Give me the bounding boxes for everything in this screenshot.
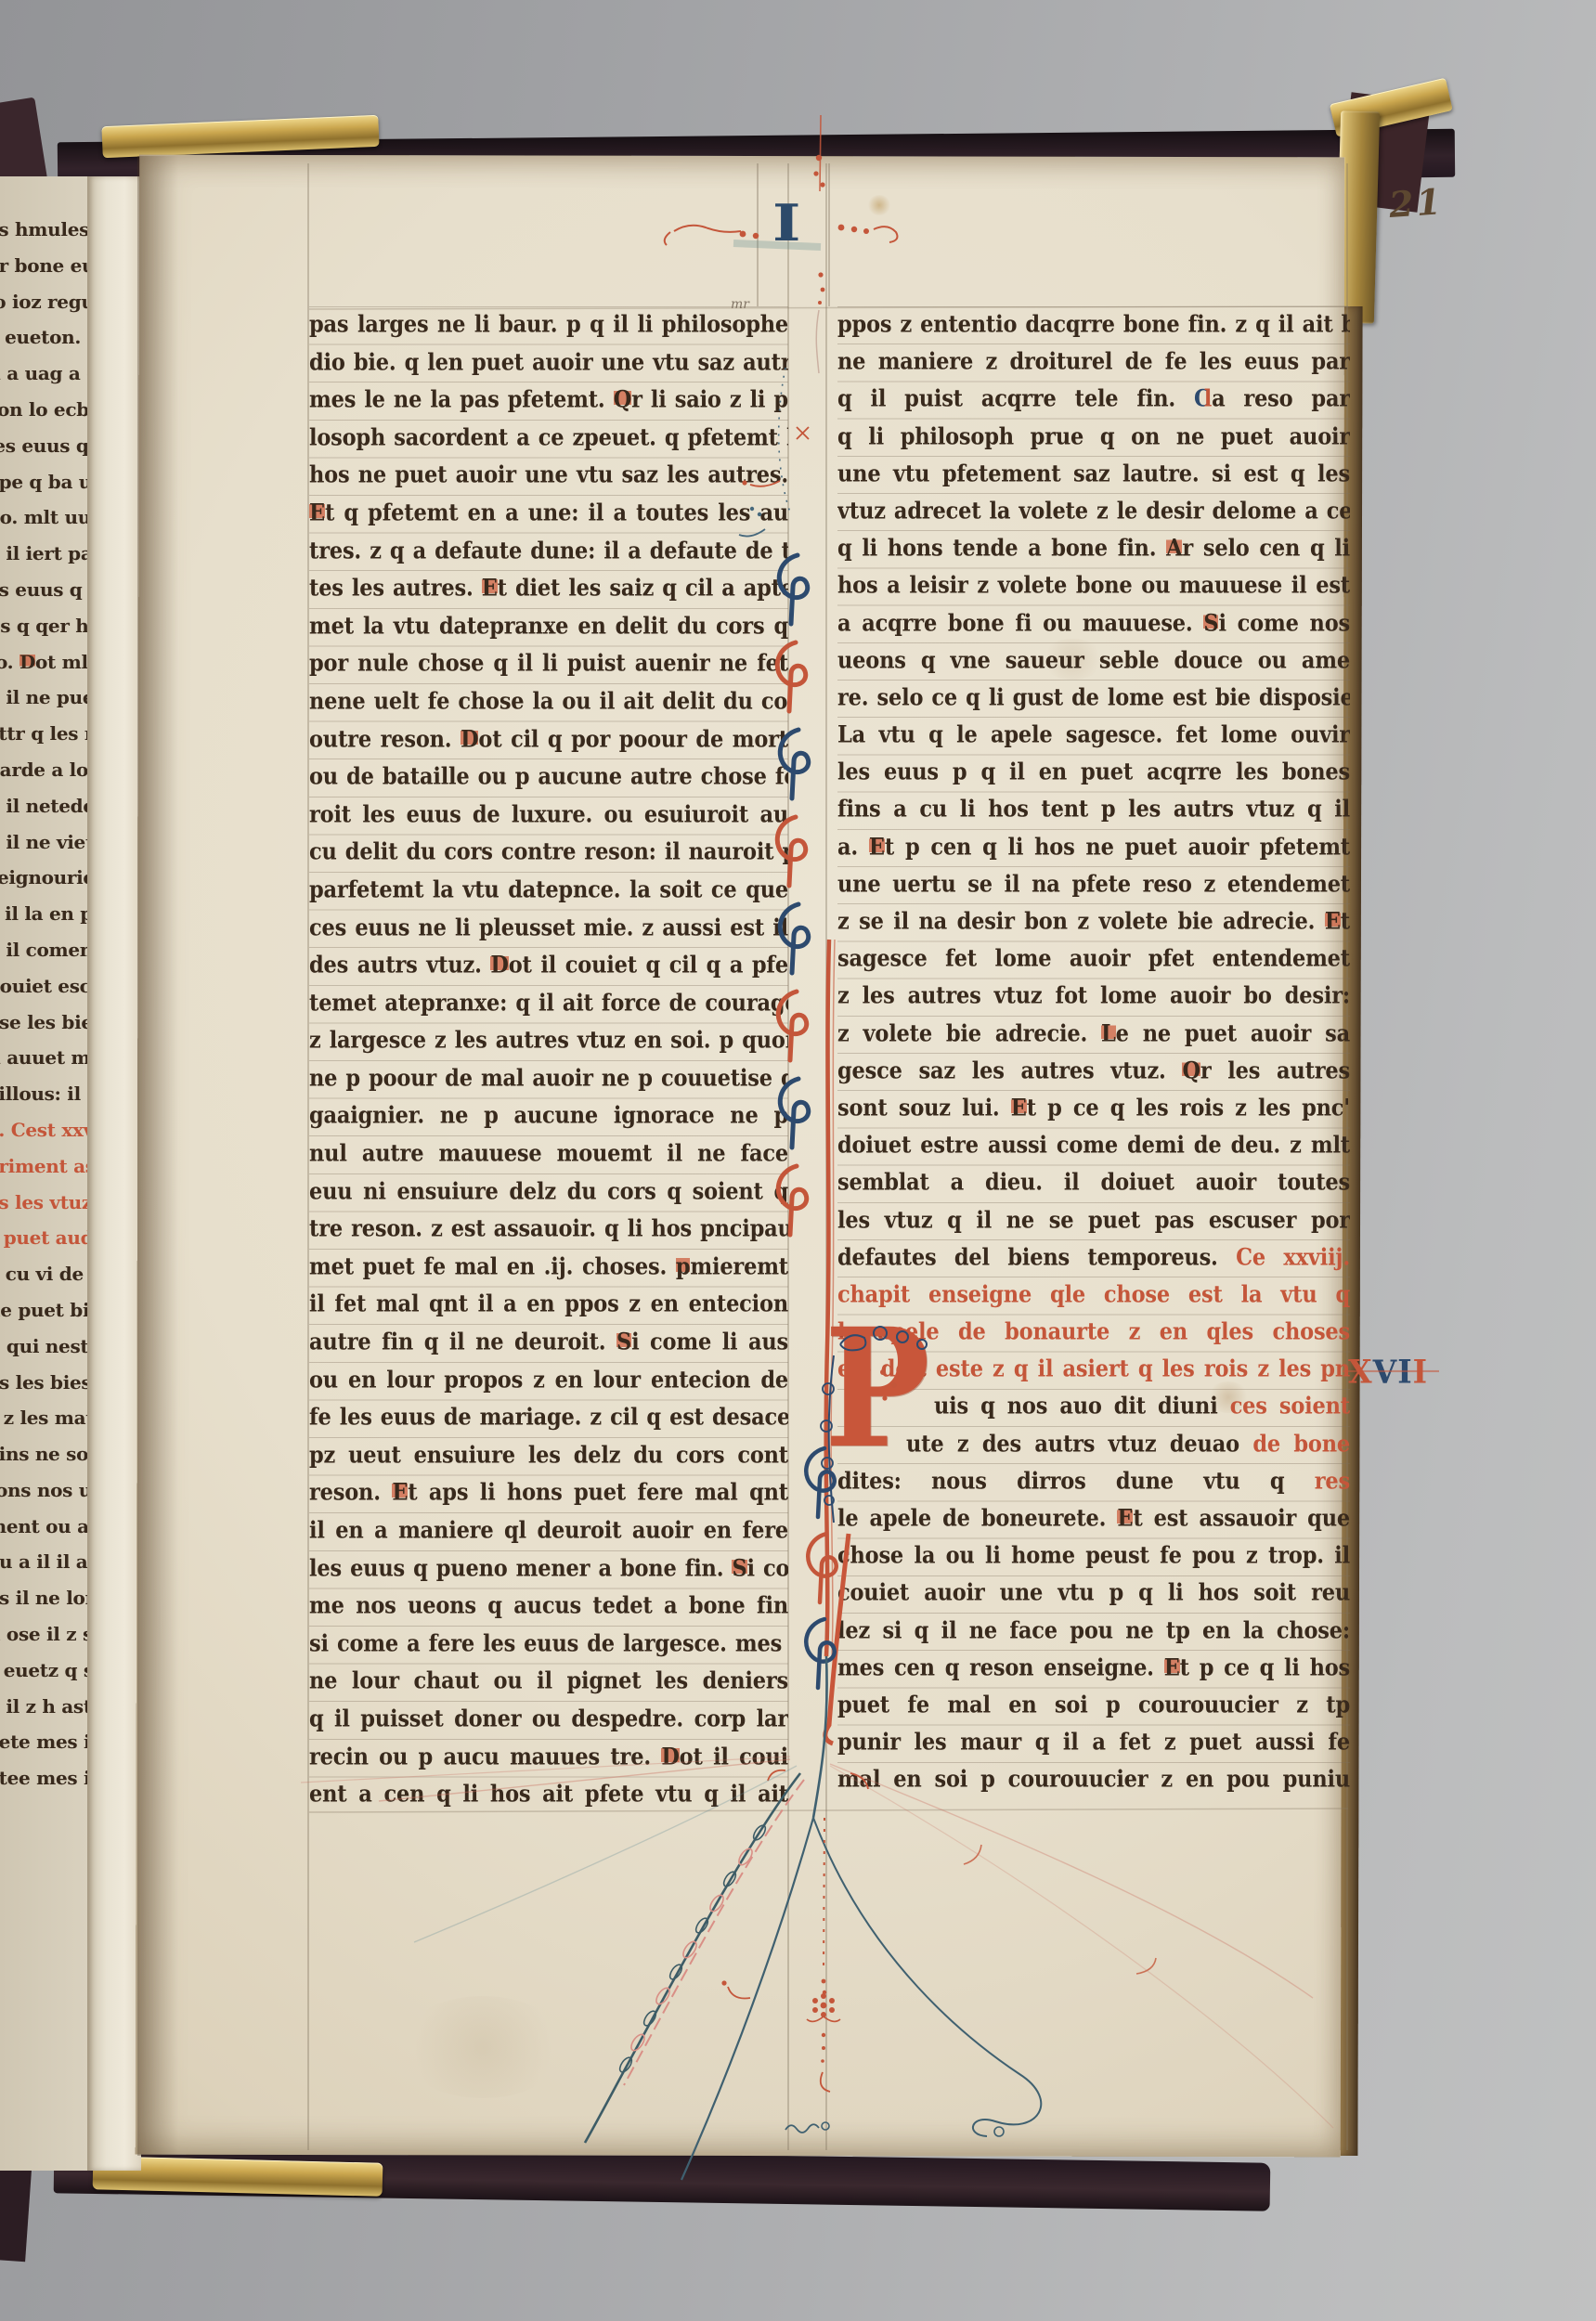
body-text: mes le ne la pas pfetemt. bbox=[309, 387, 614, 414]
body-text: E bbox=[1325, 909, 1341, 936]
text-line: z z les mauues bbox=[0, 1400, 100, 1436]
body-text: ou en lour propos z en lour entecion de bbox=[309, 1367, 788, 1394]
margin-chapter-numeral: XVII bbox=[1348, 1353, 1428, 1391]
body-text: D bbox=[19, 651, 35, 673]
text-line: q il puist acqrre tele fin. Cla reso par bbox=[837, 379, 1350, 420]
body-text: doiuet estre aussi come demi de deu. z m… bbox=[837, 1133, 1350, 1160]
body-text: E bbox=[392, 1480, 408, 1507]
text-line: mal en soi p courouucier z en pou puniu bbox=[837, 1759, 1350, 1800]
text-line: pas larges ne li baur. p q il li philoso… bbox=[309, 305, 788, 346]
text-line: recin ou p aucu mauues tre. Dot il coui bbox=[309, 1737, 788, 1779]
body-text: por nule chose q il li puist auenir ne f… bbox=[309, 651, 788, 678]
body-text: les euus q pueno mener a bone fin. bbox=[309, 1555, 732, 1582]
body-text: t est assauoir que bbox=[1133, 1506, 1350, 1533]
text-line: sont souz lui. Et p ce q les rois z les … bbox=[837, 1088, 1350, 1129]
text-line: eriment as rois bbox=[0, 1148, 100, 1185]
text-line: il fet mal qnt il a en ppos z en entecio… bbox=[309, 1284, 788, 1326]
body-text: nene uelt fe chose la ou il ait delit du… bbox=[309, 689, 788, 716]
text-line: lez si q il ne face pou ne tp en la chos… bbox=[837, 1611, 1350, 1652]
body-text: e ne puet auoir sa bbox=[1116, 1020, 1350, 1047]
body-text: sont souz lui. bbox=[837, 1096, 1011, 1122]
body-text: il auuet ml de fo bbox=[0, 1046, 100, 1069]
body-text: t p ce q li hos bbox=[1180, 1654, 1350, 1681]
text-line: por nule chose q il li puist auenir ne f… bbox=[309, 643, 788, 685]
body-text: atee mes il ne bbox=[0, 1767, 100, 1789]
text-line: a acqrre bone fi ou mauuese. Si come nos bbox=[837, 603, 1350, 643]
text-line: ose les bies qmus bbox=[0, 1005, 100, 1041]
body-text: do. mlt uult p se bbox=[0, 506, 100, 528]
header-roman-numeral: I bbox=[772, 193, 800, 253]
body-text: losoph sacordent a ce zpeuet. q pfetemt … bbox=[309, 424, 788, 451]
text-line: es les vtuz. Et ro bbox=[0, 1185, 100, 1221]
body-text: cu delit du cors contre reson: il nauroi… bbox=[309, 839, 788, 866]
text-line: nul autre mauuese mouemt il ne face bbox=[309, 1134, 788, 1175]
body-text: q il comenoz. bbox=[0, 939, 100, 961]
text-line: vtuz adrecet la volete z le desir delome… bbox=[837, 491, 1350, 532]
text-line: gesce saz les autres vtuz. Qr les autres bbox=[837, 1051, 1350, 1092]
body-text: lo ioz regueillos bbox=[0, 291, 100, 313]
body-text: autre fin q il ne deuroit. bbox=[309, 1329, 616, 1356]
body-text: il fet mal qnt il a en ppos z en entecio… bbox=[309, 1291, 788, 1318]
body-text: si come a fere les euus de largesce. mes… bbox=[309, 1630, 788, 1657]
text-line: ar bone eure en bbox=[0, 248, 100, 284]
rubric-text: es les vtuz. Et ro bbox=[0, 1191, 100, 1213]
body-text: hos ne puet auoir une vtu saz les autres… bbox=[309, 462, 788, 489]
body-text: re. selo ce q li gust de lome est bie di… bbox=[837, 685, 1350, 712]
text-line: CLa vtu q le apele sagesce. fet lome ouv… bbox=[837, 715, 1350, 756]
text-line: ains ne sot mie bbox=[0, 1436, 100, 1472]
chapter-numeral-strike bbox=[1343, 1370, 1439, 1372]
body-text: temet atepranxe: q il ait force de coura… bbox=[309, 990, 788, 1017]
body-text: douiet eschiuer bbox=[0, 975, 100, 997]
text-line: z puet audir psfet bbox=[0, 1220, 100, 1256]
body-text: q il puist acqrre tele fin. bbox=[837, 386, 1194, 413]
text-line: roit les euus de luxure. ou esuiuroit au bbox=[309, 795, 788, 836]
text-line: il auuet ml de fo bbox=[0, 1040, 100, 1076]
body-text: eillous: il dedtru bbox=[0, 1083, 100, 1105]
text-line: met la vtu datepranxe en delit du cors q bbox=[309, 606, 788, 648]
text-line: les vtuz q il ne se puet pas escuser por bbox=[837, 1199, 1350, 1240]
body-text: E bbox=[1164, 1654, 1180, 1681]
text-line: punir les maur q il a fet z puet aussi f… bbox=[837, 1722, 1350, 1763]
body-text: ape q ba umlt bbox=[0, 471, 100, 493]
body-text: mal en soi p courouucier z en pou puniu bbox=[837, 1767, 1350, 1794]
illuminated-initial-p: P bbox=[824, 1322, 930, 1456]
body-text: ot cil q por poour de mort bbox=[478, 726, 788, 753]
body-text: les euus p q il en puet acqrre les bones bbox=[837, 759, 1350, 786]
body-text: q il ne viet. bbox=[0, 831, 100, 853]
sliver-text-column: es hmules. Asar bone eure enlo ioz regue… bbox=[0, 212, 100, 1874]
body-text: il a uag a glored bbox=[0, 362, 100, 384]
text-line: ape q ba umlt bbox=[0, 464, 100, 500]
text-column-left: pas larges ne li baur. p q il li philoso… bbox=[309, 306, 788, 1814]
text-line: re. selo ce q li gust de lome est bie di… bbox=[837, 678, 1350, 719]
body-text: mes cen q reson enseigne. bbox=[837, 1654, 1164, 1681]
text-line: douiet eschiuer bbox=[0, 968, 100, 1005]
folio-number: 21 bbox=[1388, 180, 1446, 226]
body-text: aete mes il ite z bbox=[0, 1731, 100, 1753]
text-line: losoph sacordent a ce zpeuet. q pfetemt … bbox=[309, 418, 788, 460]
body-text: os il ne loriors bbox=[0, 1587, 100, 1609]
text-line: fe les euus de mariage. z cil q est desa… bbox=[309, 1397, 788, 1439]
text-line: to. Dot mlt defor p bbox=[0, 644, 100, 681]
ruling-line-vertical bbox=[825, 163, 827, 2150]
text-line: ne maniere z droiturel de fe les euus pa… bbox=[837, 342, 1350, 383]
body-text: vtuz adrecet la volete z le desir delome… bbox=[837, 499, 1350, 525]
text-line: z volete bie adrecie. Le ne puet auoir s… bbox=[837, 1014, 1350, 1055]
body-text: L bbox=[1101, 1020, 1116, 1047]
body-text: outre reson. bbox=[309, 726, 461, 753]
text-line: dio bie. q len puet auoir une vtu saz au… bbox=[309, 343, 788, 384]
text-line: tre reson. z est assauoir. q li hos pnci… bbox=[309, 1209, 788, 1251]
body-text: les vtuz q il ne se puet pas escuser por bbox=[837, 1207, 1350, 1234]
body-text: t bbox=[1341, 909, 1350, 936]
body-text: gaaignier. ne p aucune ignorace ne p bbox=[309, 1103, 788, 1130]
body-text: n ose il z suur bbox=[0, 1623, 100, 1645]
body-text: les euus q il ou bbox=[0, 434, 100, 457]
text-line: q il ne puet ne f bbox=[0, 680, 100, 716]
body-text: tre reson. z est assauoir. q li hos pnci… bbox=[309, 1216, 788, 1243]
text-line: q il netededmie bbox=[0, 788, 100, 824]
body-text: A bbox=[1166, 536, 1182, 563]
body-text: fins a cu li hos tent p les autrs vtuz q… bbox=[837, 797, 1350, 823]
body-text: z les autres vtuz fot lome auoir bo desi… bbox=[837, 983, 1350, 1010]
text-line: z se il na desir bon z volete bie adreci… bbox=[837, 901, 1350, 942]
body-text: mieremt bbox=[690, 1254, 788, 1281]
body-text: q il puisset doner ou despedre. corp lar bbox=[309, 1706, 788, 1733]
body-text: une vtu pfetement saz lautre. si est q l… bbox=[837, 460, 1350, 487]
rubric-text: ces soient bbox=[1230, 1394, 1350, 1420]
body-text: pz ueut ensuiure les delz du cors cont bbox=[309, 1442, 788, 1469]
body-text: ettr q les rois lo bbox=[0, 722, 100, 745]
text-line: les euus q il ou bbox=[0, 428, 100, 464]
body-text: t q pfetemt en a une: il a toutes les au bbox=[325, 500, 788, 527]
text-line: chose la ou li home peust fe pou z trop.… bbox=[837, 1536, 1350, 1576]
text-line: parfetemt la vtu datepnce. la soit ce qu… bbox=[309, 870, 788, 912]
body-text: r selo cen q li bbox=[1182, 536, 1350, 563]
body-text: t diet les saiz q cil a apte bbox=[498, 576, 788, 603]
body-text: ar bone eure en bbox=[0, 254, 100, 277]
body-text: tes les autres. bbox=[309, 576, 482, 603]
text-line: tes les autres. Et diet les saiz q cil a… bbox=[309, 568, 788, 610]
text-line: autre fin q il ne deuroit. Si come li au… bbox=[309, 1322, 788, 1364]
text-line: es hmules. As bbox=[0, 212, 100, 248]
text-line: z euetz q ss bbox=[0, 1653, 100, 1689]
body-text: a reso par bbox=[1212, 386, 1350, 413]
margin-scribble: mr bbox=[731, 297, 749, 312]
body-text: E bbox=[309, 500, 325, 527]
body-text: S bbox=[616, 1329, 631, 1356]
text-line: ent a cen q li hos ait pfete vtu q il ai… bbox=[309, 1774, 788, 1816]
text-line: il a uag a glored bbox=[0, 356, 100, 392]
body-text: e eueton. ens bbox=[0, 326, 100, 348]
body-text: z largesce z les autres vtuz en soi. p q… bbox=[309, 1028, 788, 1055]
text-line: semblat a dieu. il doiuet auoir toutes bbox=[837, 1162, 1350, 1203]
body-text: puet fe mal en soi p courouucier z tp bbox=[837, 1692, 1350, 1719]
body-text: me nos ueons q aucus tedet a bone fin bbox=[309, 1593, 788, 1620]
body-text: t aps li hons puet fere mal qnt bbox=[408, 1480, 788, 1507]
body-text: i come li aus bbox=[631, 1329, 788, 1356]
body-text: u qui nest pas bbox=[0, 1335, 100, 1357]
text-line: tres. z q a defaute dune: il a defaute d… bbox=[309, 531, 788, 573]
body-text: ose les bies qmus bbox=[0, 1011, 100, 1033]
body-text: ou a il il a n bbox=[0, 1550, 100, 1573]
body-text: defautes del biens temporeus. bbox=[837, 1244, 1236, 1271]
text-line: gaaignier. ne p aucune ignorace ne p bbox=[309, 1096, 788, 1137]
text-line: euu ni ensuiure delz du cors q soient q bbox=[309, 1172, 788, 1213]
text-line: ettr q les rois lo bbox=[0, 716, 100, 752]
text-line: ueons q vne saueur seble douce ou ame bbox=[837, 641, 1350, 681]
body-text: garde a lour def bbox=[0, 759, 100, 781]
text-line: son lo ecb il lau bbox=[0, 392, 100, 428]
body-text: tons nos uos dos bbox=[0, 1479, 100, 1501]
body-text: nul autre mauuese mouemt il ne face bbox=[309, 1141, 788, 1168]
text-line: q il ne viet. Qr l bbox=[0, 824, 100, 861]
puzzle-initial: Cl bbox=[1194, 379, 1212, 420]
text-line: pz ueut ensuiure les delz du cors cont bbox=[309, 1435, 788, 1477]
body-text: punir les maur q il a fet z puet aussi f… bbox=[837, 1730, 1350, 1757]
text-line: Et q pfetemt en a une: il a toutes les a… bbox=[309, 493, 788, 535]
body-text: D bbox=[461, 726, 478, 753]
body-text: dio bie. q len puet auoir une vtu saz au… bbox=[309, 349, 788, 376]
body-text: le apele de boneurete. bbox=[837, 1506, 1117, 1533]
body-text: q il iert pas bbox=[0, 542, 100, 564]
body-text: son lo ecb il lau bbox=[0, 398, 100, 421]
text-line: ou de bataille ou p aucune autre chose f… bbox=[309, 757, 788, 798]
text-line: le apele de boneurete. Et est assauoir q… bbox=[837, 1498, 1350, 1539]
body-text: ces euus ne li pleusset mie. z aussi est… bbox=[309, 914, 788, 941]
text-line: q li hons tende a bone fin. Ar selo cen … bbox=[837, 528, 1350, 569]
text-line: a. Et p cen q li hos ne puet auoir pfete… bbox=[837, 827, 1350, 868]
body-text: S bbox=[1203, 610, 1218, 637]
body-text: hos a leisir z volete bone ou mauuese il… bbox=[837, 573, 1350, 600]
body-text: ne p poour de mal auoir ne p couuetise d… bbox=[309, 1066, 788, 1093]
body-text: sagesce fet lome auoir pfet entendemet bbox=[837, 946, 1350, 973]
text-line: des autrs vtuz. Dot il couiet q cil q a … bbox=[309, 945, 788, 987]
text-line: q il z h astai bbox=[0, 1689, 100, 1725]
body-text: ppos z ententio dacqrre bone fin. z q il… bbox=[837, 312, 1350, 339]
text-line: sagesce fet lome auoir pfet entendemet bbox=[837, 939, 1350, 979]
body-text: ot il couiet q cil q a pfe bbox=[509, 953, 788, 979]
body-text: ains ne sot mie bbox=[0, 1443, 100, 1465]
body-text: ueons q vne saueur seble douce ou ame bbox=[837, 647, 1350, 674]
rubric-text: e. Cest xxvij. capo bbox=[0, 1119, 100, 1141]
body-text: ute z des autrs vtuz deuao bbox=[906, 1431, 1252, 1458]
text-line: lo ioz regueillos bbox=[0, 284, 100, 320]
text-line: e eueton. ens bbox=[0, 319, 100, 356]
body-text: q il z h astai bbox=[0, 1695, 100, 1718]
body-text: t p ce q les rois z les pnc' bbox=[1027, 1096, 1350, 1122]
body-text: q il netededmie bbox=[0, 795, 100, 817]
body-text: roit les euus de luxure. ou esuiuroit au bbox=[309, 801, 788, 828]
body-text: ou de bataille ou p aucune autre chose f… bbox=[309, 764, 788, 791]
body-text: ne lour chaut ou il pignet les deniers bbox=[309, 1668, 788, 1695]
text-line: me nos ueons q aucus tedet a bone fin bbox=[309, 1586, 788, 1627]
text-line: q il comenoz. Et d bbox=[0, 932, 100, 968]
text-line: e. Cest xxvij. capo bbox=[0, 1112, 100, 1148]
text-line: q li philosoph prue q on ne puet auoir bbox=[837, 417, 1350, 458]
text-line: e il la en peril. Et bbox=[0, 896, 100, 932]
text-line: seignourie ouo r bbox=[0, 860, 100, 896]
body-text: z euetz q ss bbox=[0, 1659, 100, 1681]
text-line: defautes del biens temporeus. Ce xxviij. bbox=[837, 1238, 1350, 1278]
body-text: ne puet bien bbox=[0, 1299, 100, 1321]
body-text: p bbox=[676, 1254, 691, 1281]
body-text: ot il coui bbox=[680, 1744, 788, 1770]
body-text: q li philosoph prue q on ne puet auoir bbox=[837, 423, 1350, 450]
body-text: parfetemt la vtu datepnce. la soit ce qu… bbox=[309, 877, 788, 904]
text-line: reson. Et aps li hons puet fere mal qnt bbox=[309, 1472, 788, 1514]
text-line: ppos z ententio dacqrre bone fin. z q il… bbox=[837, 305, 1350, 345]
text-line: o cu vi de lautr bbox=[0, 1256, 100, 1292]
text-line: une uertu se il na pfete reso z etendeme… bbox=[837, 864, 1350, 905]
body-text: q li hons tende a bone fin. bbox=[837, 536, 1166, 563]
body-text: pas larges ne li baur. p q il li philoso… bbox=[309, 312, 788, 339]
body-text: os les bies z mau bbox=[0, 1371, 100, 1394]
text-line: les euus q pueno mener a bone fin. Si co bbox=[309, 1549, 788, 1590]
text-line: ne lour chaut ou il pignet les deniers bbox=[309, 1661, 788, 1703]
body-text: Q bbox=[1182, 1057, 1200, 1084]
text-line: atee mes il ne bbox=[0, 1760, 100, 1796]
body-text: recin ou p aucu mauues tre. bbox=[309, 1744, 661, 1770]
parchment-stain bbox=[399, 1996, 566, 2098]
body-text: tres. z q a defaute dune: il a defaute d… bbox=[309, 538, 788, 564]
rubric-text: Ce xxviij. bbox=[1236, 1244, 1350, 1271]
body-text: La vtu q le apele sagesce. fet lome ouvi… bbox=[837, 722, 1350, 749]
body-text: met la vtu datepranxe en delit du cors q bbox=[309, 613, 788, 640]
body-text: S bbox=[732, 1555, 746, 1582]
text-line: do. mlt uult p se bbox=[0, 499, 100, 536]
text-line: os il ne loriors bbox=[0, 1580, 100, 1616]
body-text: fe les euus de mariage. z cil q est desa… bbox=[309, 1405, 788, 1432]
text-line: os les bies z mau bbox=[0, 1365, 100, 1401]
body-text: o cu vi de bbox=[0, 1263, 84, 1285]
text-line: mes cen q reson enseigne. Et p ce q li h… bbox=[837, 1648, 1350, 1689]
text-line: met puet fe mal en .ij. choses. pmieremt bbox=[309, 1247, 788, 1289]
text-line: hos a leisir z volete bone ou mauuese il… bbox=[837, 565, 1350, 606]
body-text: e il la en peril. bbox=[0, 902, 100, 925]
body-text: es hmules. As bbox=[0, 218, 100, 240]
text-line: couiet auoir une vtu p q li hos soit reu bbox=[837, 1573, 1350, 1614]
text-line: garde a lour def bbox=[0, 752, 100, 788]
body-text: il en a maniere ql deuroit auoir en fere bbox=[309, 1518, 788, 1545]
body-text: z volete bie adrecie. bbox=[837, 1020, 1101, 1047]
body-text: i come nos bbox=[1218, 610, 1350, 637]
text-column-right: ppos z ententio dacqrre bone fin. z q il… bbox=[837, 306, 1350, 1799]
text-line: us q qer hauttr bbox=[0, 608, 100, 644]
body-text: to. bbox=[0, 651, 19, 673]
body-text: uis q nos auo dit diuni bbox=[934, 1394, 1230, 1420]
text-line: z largesce z les autres vtuz en soi. p q… bbox=[309, 1020, 788, 1062]
body-text: ent a cen q li hos ait pfete vtu q il ai… bbox=[309, 1782, 788, 1809]
body-text: r les autres bbox=[1200, 1057, 1350, 1084]
body-text: ne maniere z droiturel de fe les euus pa… bbox=[837, 349, 1350, 376]
rubric-text: eriment as rois bbox=[0, 1155, 100, 1177]
body-text: a acqrre bone fi ou mauuese. bbox=[837, 610, 1203, 637]
body-text: z z les mauues bbox=[0, 1407, 100, 1429]
body-text: a. bbox=[837, 834, 869, 861]
text-line: u qui nest pas t i bbox=[0, 1329, 100, 1365]
body-text: chose la ou li home peust fe pou z trop.… bbox=[837, 1543, 1350, 1570]
text-line: ne p poour de mal auoir ne p couuetise d… bbox=[309, 1058, 788, 1100]
body-text: E bbox=[869, 834, 885, 861]
body-text: reson. bbox=[309, 1480, 392, 1507]
body-text: E bbox=[1011, 1096, 1027, 1122]
body-text: gesce saz les autres vtuz. bbox=[837, 1057, 1182, 1084]
text-line: q il iert pas bbox=[0, 536, 100, 572]
body-text: euu ni ensuiure delz du cors q soient q bbox=[309, 1178, 788, 1205]
text-line: z les autres vtuz fot lome auoir bo desi… bbox=[837, 976, 1350, 1017]
rubric-text: de bone bbox=[1252, 1431, 1350, 1458]
text-line: temet atepranxe: q il ait force de coura… bbox=[309, 983, 788, 1025]
body-text: E bbox=[482, 576, 498, 603]
sliver-page-curl bbox=[87, 176, 141, 2171]
rubric-text: res bbox=[1315, 1469, 1350, 1496]
text-line: doiuet estre aussi come demi de deu. z m… bbox=[837, 1125, 1350, 1166]
text-line: il en a maniere ql deuroit auoir en fere bbox=[309, 1511, 788, 1552]
body-text: us q qer hauttr bbox=[0, 615, 100, 637]
text-line: puet fe mal en soi p courouucier z tp bbox=[837, 1685, 1350, 1726]
body-text: q il ne puet ne f bbox=[0, 686, 100, 708]
parchment-stain bbox=[867, 195, 891, 215]
text-line: q il puisset doner ou despedre. corp lar bbox=[309, 1699, 788, 1741]
body-text: t p cen q li hos ne puet auoir pfetemt bbox=[885, 834, 1350, 861]
text-line: as euus q lote bbox=[0, 572, 100, 608]
body-text: r li saio z li phi bbox=[631, 387, 788, 414]
text-line: une vtu pfetement saz lautre. si est q l… bbox=[837, 454, 1350, 495]
body-text: z se il na desir bon z volete bie adreci… bbox=[837, 909, 1325, 936]
rubric-text: z puet audir psfet bbox=[0, 1226, 100, 1249]
text-line: n ose il z suur bbox=[0, 1616, 100, 1653]
body-text: lez si q il ne face pou ne tp en la chos… bbox=[837, 1617, 1350, 1644]
body-text: as euus q lote bbox=[0, 578, 100, 601]
body-text: ment ou auiuns bbox=[0, 1515, 100, 1537]
text-line: hos ne puet auoir une vtu saz les autres… bbox=[309, 455, 788, 497]
body-text: couiet auoir une vtu p q li hos soit reu bbox=[837, 1580, 1350, 1607]
text-line: mes le ne la pas pfetemt. Qr li saio z l… bbox=[309, 380, 788, 421]
text-line: eillous: il dedtru bbox=[0, 1076, 100, 1112]
body-text: i co bbox=[747, 1555, 788, 1582]
text-line: ces euus ne li pleusset mie. z aussi est… bbox=[309, 907, 788, 949]
body-text: D bbox=[490, 953, 508, 979]
text-line: outre reson. Dot cil q por poour de mort bbox=[309, 720, 788, 761]
text-line: ou a il il a n bbox=[0, 1544, 100, 1580]
text-line: cu delit du cors contre reson: il nauroi… bbox=[309, 832, 788, 874]
body-text: une uertu se il na pfete reso z etendeme… bbox=[837, 872, 1350, 899]
text-line: nene uelt fe chose la ou il ait delit du… bbox=[309, 681, 788, 723]
text-line: les euus p q il en puet acqrre les bones bbox=[837, 752, 1350, 793]
text-line: aete mes il ite z bbox=[0, 1724, 100, 1760]
text-line: ment ou auiuns bbox=[0, 1509, 100, 1545]
body-text: Q bbox=[614, 387, 631, 414]
body-text: des autrs vtuz. bbox=[309, 953, 490, 979]
text-line: fins a cu li hos tent p les autrs vtuz q… bbox=[837, 789, 1350, 830]
text-line: ou en lour propos z en lour entecion de bbox=[309, 1360, 788, 1402]
body-text: D bbox=[661, 1744, 679, 1770]
body-text: semblat a dieu. il doiuet auoir toutes bbox=[837, 1170, 1350, 1197]
body-text: seignourie ouo r bbox=[0, 866, 100, 888]
body-text: met puet fe mal en .ij. choses. bbox=[309, 1254, 676, 1281]
gutter-shadow bbox=[137, 156, 178, 2156]
text-line: tons nos uos dos bbox=[0, 1472, 100, 1509]
text-line: si come a fere les euus de largesce. mes… bbox=[309, 1624, 788, 1666]
text-line: ne puet bien caz li bbox=[0, 1292, 100, 1329]
body-text: E bbox=[1117, 1506, 1133, 1533]
manuscript-photo: es hmules. Asar bone eure enlo ioz regue… bbox=[0, 0, 1596, 2321]
